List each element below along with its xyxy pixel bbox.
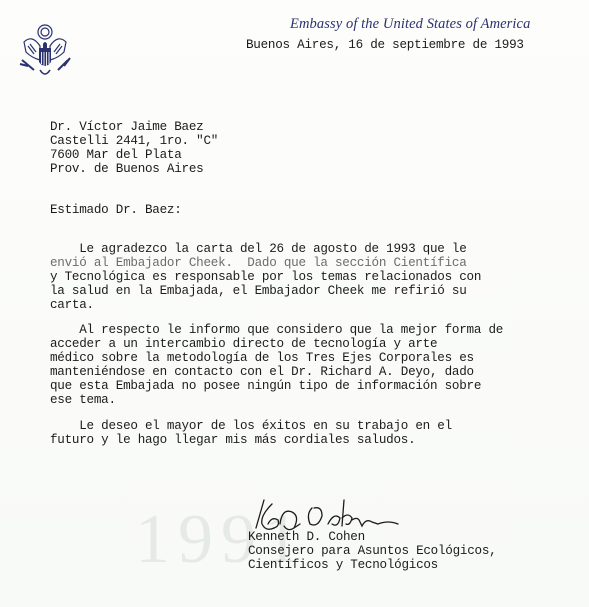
paragraph-line: futuro y le hago llegar mis más cordiale… xyxy=(50,433,452,447)
body-paragraph-2: Al respecto le informo que considero que… xyxy=(50,323,503,407)
signer-title-line: Científicos y Tecnológicos xyxy=(248,558,496,572)
recipient-address: Dr. Víctor Jaime Baez Castelli 2441, 1ro… xyxy=(50,120,218,176)
paragraph-line: carta. xyxy=(50,298,481,312)
paragraph-line: la salud en la Embajada, el Embajador Ch… xyxy=(50,284,481,298)
address-line: Dr. Víctor Jaime Baez xyxy=(50,120,218,134)
paragraph-line: ese tema. xyxy=(50,393,503,407)
address-line: Castelli 2441, 1ro. "C" xyxy=(50,134,218,148)
address-line: 7600 Mar del Plata xyxy=(50,148,218,162)
signer-title-line: Consejero para Asuntos Ecológicos, xyxy=(248,544,496,558)
signer-title: Consejero para Asuntos Ecológicos, Cient… xyxy=(248,544,496,572)
paragraph-line: médico sobre la metodología de los Tres … xyxy=(50,351,503,365)
great-seal-eagle-icon xyxy=(14,20,76,82)
embassy-name: Embassy of the United States of America xyxy=(290,16,530,33)
paragraph-line: acceder a un intercambio directo de tecn… xyxy=(50,337,503,351)
dateline: Buenos Aires, 16 de septiembre de 1993 xyxy=(246,38,524,52)
paragraph-line: Le deseo el mayor de los éxitos en su tr… xyxy=(50,419,452,433)
paragraph-line: envió al Embajador Cheek. Dado que la se… xyxy=(50,256,481,270)
address-line: Prov. de Buenos Aires xyxy=(50,162,218,176)
salutation: Estimado Dr. Baez: xyxy=(50,203,182,217)
signer-name: Kenneth D. Cohen xyxy=(248,530,365,544)
paragraph-line: que esta Embajada no posee ningún tipo d… xyxy=(50,379,503,393)
paragraph-line: manteniéndose en contacto con el Dr. Ric… xyxy=(50,365,503,379)
letter-page: Embassy of the United States of America … xyxy=(0,0,589,607)
paragraph-line: Al respecto le informo que considero que… xyxy=(50,323,503,337)
paragraph-line: y Tecnológica es responsable por los tem… xyxy=(50,270,481,284)
body-paragraph-1: Le agradezco la carta del 26 de agosto d… xyxy=(50,242,481,312)
paragraph-line: Le agradezco la carta del 26 de agosto d… xyxy=(50,242,481,256)
body-paragraph-3: Le deseo el mayor de los éxitos en su tr… xyxy=(50,419,452,447)
